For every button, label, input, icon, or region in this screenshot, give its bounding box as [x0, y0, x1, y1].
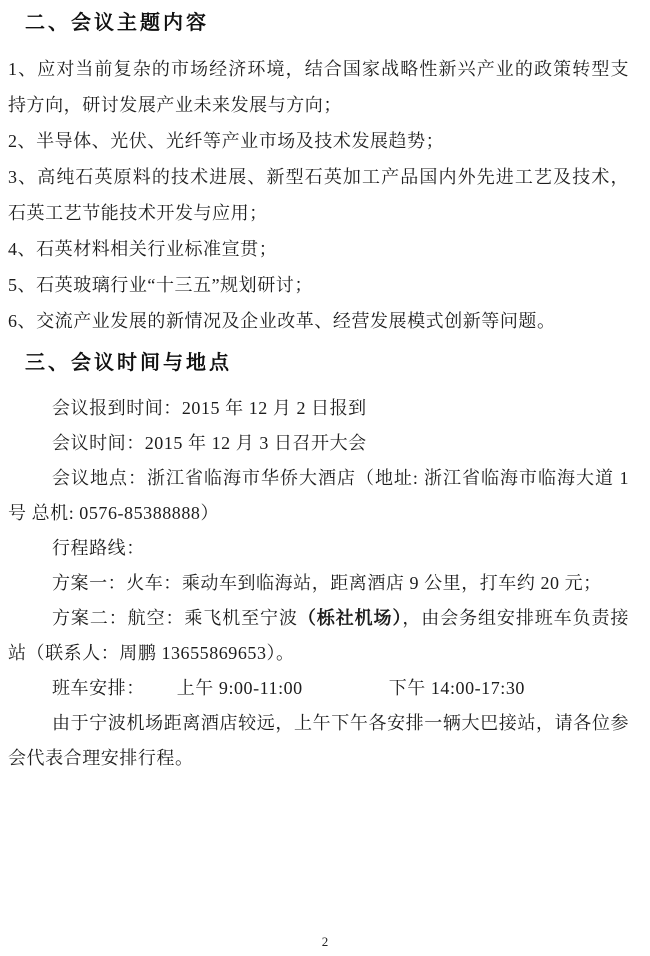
plan-two-flight: 方案二：航空：乘飞机至宁波（栎社机场），由会务组安排班车负责接站（联系人：周鹏 …	[8, 601, 629, 671]
plan-two-flight-text: 方案二：航空：乘飞机至宁波	[52, 608, 298, 628]
page-number: 2	[0, 934, 650, 949]
plan-one-train: 方案一：火车：乘动车到临海站，距离酒店 9 公里，打车约 20 元；	[8, 566, 629, 601]
shuttle-afternoon-time: 下午 14:00-17:30	[389, 678, 525, 698]
section-heading-meeting-topics: 二、会议主题内容	[25, 8, 629, 38]
time-venue-section: 会议报到时间：2015 年 12 月 2 日报到 会议时间：2015 年 12 …	[8, 391, 629, 776]
shuttle-note: 由于宁波机场距离酒店较远，上午下午各安排一辆大巴接站，请各位参会代表合理安排行程…	[8, 706, 629, 776]
shuttle-schedule: 班车安排：上午 9:00-11:00下午 14:00-17:30	[8, 671, 629, 706]
topic-item-4: 4、石英材料相关行业标准宣贯；	[8, 231, 629, 267]
section-heading-time-venue: 三、会议时间与地点	[25, 348, 629, 378]
shuttle-label: 班车安排：	[52, 678, 145, 698]
topic-item-1: 1、应对当前复杂的市场经济环境，结合国家战略性新兴产业的政策转型支持方向，研讨发…	[8, 51, 629, 123]
shuttle-morning-time: 上午 9:00-11:00	[177, 678, 303, 698]
registration-time: 会议报到时间：2015 年 12 月 2 日报到	[8, 391, 629, 426]
route-label: 行程路线：	[8, 531, 629, 566]
document-content: 二、会议主题内容 1、应对当前复杂的市场经济环境，结合国家战略性新兴产业的政策转…	[0, 0, 650, 776]
meeting-time: 会议时间：2015 年 12 月 3 日召开大会	[8, 426, 629, 461]
topic-item-3: 3、高纯石英原料的技术进展、新型石英加工产品国内外先进工艺及技术，石英工艺节能技…	[8, 159, 629, 231]
topic-item-6: 6、交流产业发展的新情况及企业改革、经营发展模式创新等问题。	[8, 303, 629, 339]
document-page: 二、会议主题内容 1、应对当前复杂的市场经济环境，结合国家战略性新兴产业的政策转…	[0, 0, 650, 956]
topic-item-5: 5、石英玻璃行业“十三五”规划研讨；	[8, 267, 629, 303]
meeting-venue: 会议地点：浙江省临海市华侨大酒店（地址: 浙江省临海市临海大道 1 号 总机: …	[8, 461, 629, 531]
airport-name-bold: （栎社机场）	[298, 608, 402, 628]
topic-item-2: 2、半导体、光伏、光纤等产业市场及技术发展趋势；	[8, 123, 629, 159]
